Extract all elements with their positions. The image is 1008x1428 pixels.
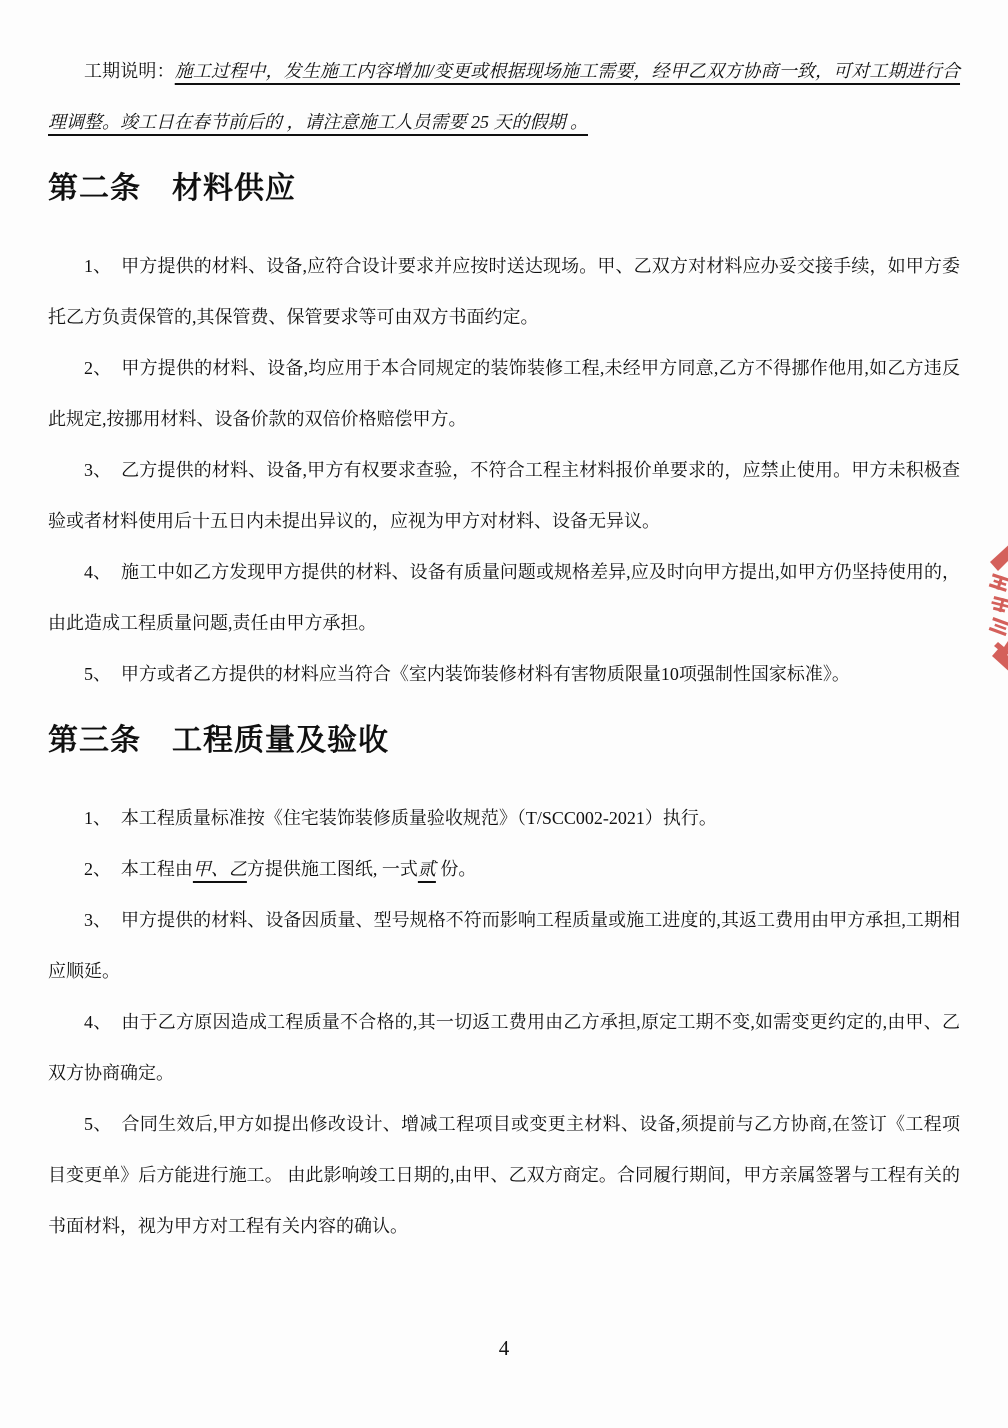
clause-number: 5、: [84, 1114, 112, 1134]
section3-clause-4: 4、由于乙方原因造成工程质量不合格的,其一切返工费用由乙方承担,原定工期不变,如…: [48, 997, 960, 1099]
clause-number: 2、: [84, 358, 111, 378]
filled-blank-copies: 贰: [418, 859, 436, 879]
clause-text: 合同生效后,甲方如提出修改设计、增减工程项目或变更主材料、设备,须提前与乙方协商…: [48, 1114, 960, 1236]
clause-text-pre: 本工程由: [121, 859, 193, 879]
clause-number: 3、: [84, 910, 111, 930]
section2-clause-1: 1、甲方提供的材料、设备,应符合设计要求并应按时送达现场。甲、乙双方对材料应办妥…: [48, 241, 960, 343]
clause-text: 乙方提供的材料、设备,甲方有权要求查验，不符合工程主材料报价单要求的，应禁止使用…: [48, 460, 960, 531]
duration-note-label: 工期说明：: [84, 61, 175, 81]
section2-clause-2: 2、甲方提供的材料、设备,均应用于本合同规定的装饰装修工程,未经甲方同意,乙方不…: [48, 343, 960, 445]
contract-page: 工期说明：施工过程中，发生施工内容增加/变更或根据现场施工需要，经甲乙双方协商一…: [0, 0, 1008, 1428]
duration-note: 工期说明：施工过程中，发生施工内容增加/变更或根据现场施工需要，经甲乙双方协商一…: [48, 46, 960, 148]
section2-clause-5: 5、甲方或者乙方提供的材料应当符合《室内装饰装修材料有害物质限量10项强制性国家…: [48, 649, 960, 700]
clause-text: 甲方或者乙方提供的材料应当符合《室内装饰装修材料有害物质限量10项强制性国家标准…: [121, 664, 850, 684]
clause-number: 4、: [84, 562, 111, 582]
section3-clause-5: 5、合同生效后,甲方如提出修改设计、增减工程项目或变更主材料、设备,须提前与乙方…: [48, 1099, 960, 1252]
section2-clause-3: 3、乙方提供的材料、设备,甲方有权要求查验，不符合工程主材料报价单要求的，应禁止…: [48, 445, 960, 547]
clause-number: 1、: [84, 256, 111, 276]
filled-blank-party: 甲、乙: [193, 859, 247, 879]
clause-text-post: 份。: [436, 859, 477, 879]
section3-clause-3: 3、甲方提供的材料、设备因质量、型号规格不符而影响工程质量或施工进度的,其返工费…: [48, 895, 960, 997]
section3-clause-2: 2、本工程由甲、乙方提供施工图纸, 一式贰 份。: [48, 844, 960, 895]
clause-text: 甲方提供的材料、设备,应符合设计要求并应按时送达现场。甲、乙双方对材料应办妥交接…: [48, 256, 960, 327]
clause-text-mid: 方提供施工图纸, 一式: [247, 859, 418, 879]
clause-text: 由于乙方原因造成工程质量不合格的,其一切返工费用由乙方承担,原定工期不变,如需变…: [48, 1012, 960, 1083]
page-number: 4: [0, 1336, 1008, 1361]
clause-number: 3、: [84, 460, 111, 480]
duration-note-text: 施工过程中，发生施工内容增加/变更或根据现场施工需要，经甲乙双方协商一致，可对工…: [48, 61, 960, 132]
clause-number: 5、: [84, 664, 111, 684]
clause-number: 1、: [84, 808, 111, 828]
clause-number: 4、: [84, 1012, 111, 1032]
section2-clause-4: 4、施工中如乙方发现甲方提供的材料、设备有质量问题或规格差异,应及时向甲方提出,…: [48, 547, 960, 649]
clause-text: 甲方提供的材料、设备因质量、型号规格不符而影响工程质量或施工进度的,其返工费用由…: [48, 910, 960, 981]
clause-number: 2、: [84, 859, 111, 879]
section2-title: 第二条 材料供应: [48, 169, 960, 209]
red-stamp-icon: [978, 540, 1008, 676]
section3-clause-1: 1、本工程质量标准按《住宅装饰装修质量验收规范》（T/SCC002-2021）执…: [48, 793, 960, 844]
section3-title: 第三条 工程质量及验收: [48, 721, 960, 761]
clause-text: 甲方提供的材料、设备,均应用于本合同规定的装饰装修工程,未经甲方同意,乙方不得挪…: [48, 358, 960, 429]
clause-text: 本工程质量标准按《住宅装饰装修质量验收规范》（T/SCC002-2021）执行。: [121, 808, 717, 828]
clause-text: 施工中如乙方发现甲方提供的材料、设备有质量问题或规格差异,应及时向甲方提出,如甲…: [48, 562, 960, 633]
